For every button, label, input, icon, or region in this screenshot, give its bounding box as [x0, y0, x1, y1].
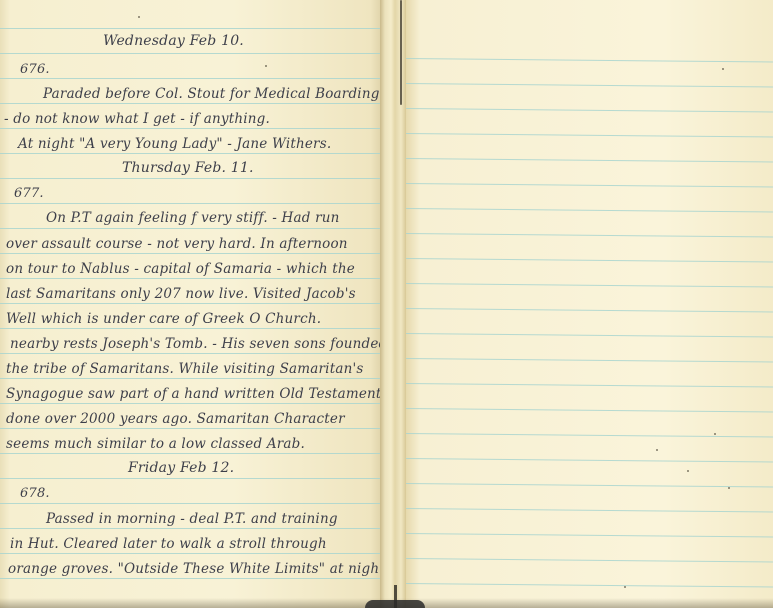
ink-speck: [138, 16, 140, 18]
rule-line: [406, 108, 773, 113]
rule-line: [406, 433, 773, 438]
rule-line: [0, 378, 386, 379]
rule-line: [406, 283, 773, 288]
diary-line: on tour to Nablus - capital of Samaria -…: [6, 261, 355, 277]
entry-date: Wednesday Feb 10.: [103, 33, 244, 49]
rule-line: [0, 528, 386, 529]
rule-line: [0, 228, 386, 229]
rule-line: [406, 233, 773, 238]
rule-line: [406, 258, 773, 263]
rule-line: [0, 253, 386, 254]
rule-line: [406, 583, 773, 588]
entry-number: 678.: [20, 486, 50, 501]
rule-line: [406, 458, 773, 463]
rule-line: [406, 383, 773, 388]
rule-line: [0, 428, 386, 429]
entry-number: 677.: [14, 186, 44, 201]
diary-line: in Hut. Cleared later to walk a stroll t…: [10, 536, 327, 552]
right-page: [406, 0, 773, 608]
ink-speck: [728, 487, 730, 489]
entry-date: Thursday Feb. 11.: [122, 160, 254, 176]
ink-speck: [265, 65, 267, 67]
rule-line: [406, 358, 773, 363]
rule-line: [406, 308, 773, 313]
diary-line: over assault course - not very hard. In …: [6, 236, 348, 252]
rule-line: [406, 208, 773, 213]
spine-crack: [400, 0, 402, 105]
rule-line: [406, 558, 773, 563]
rule-line: [406, 158, 773, 163]
entry-number: 676.: [20, 62, 50, 77]
ink-speck: [687, 470, 689, 472]
rule-line: [0, 553, 386, 554]
rule-line: [0, 203, 386, 204]
rule-line: [0, 178, 386, 179]
rule-line: [0, 103, 386, 104]
diary-line: On P.T again feeling f very stiff. - Had…: [46, 210, 340, 226]
diary-line: seems much similar to a low classed Arab…: [6, 436, 305, 452]
rule-line: [406, 83, 773, 88]
rule-line: [0, 153, 386, 154]
rule-line: [0, 328, 386, 329]
rule-line: [0, 453, 386, 454]
notebook-spread: Wednesday Feb 10. 676. Paraded before Co…: [0, 0, 773, 608]
rule-line: [406, 183, 773, 188]
rule-line: [406, 333, 773, 338]
diary-line: Well which is under care of Greek O Chur…: [6, 311, 321, 327]
diary-line: done over 2000 years ago. Samaritan Char…: [6, 411, 345, 427]
rule-line: [0, 53, 386, 54]
rule-line: [0, 403, 386, 404]
diary-line: the tribe of Samaritans. While visiting …: [6, 361, 364, 377]
rule-line: [0, 278, 386, 279]
rule-line: [0, 128, 386, 129]
ink-speck: [714, 433, 716, 435]
spine-bottom-edge: [365, 600, 425, 608]
rule-line: [406, 508, 773, 513]
rule-line: [406, 133, 773, 138]
rule-line: [406, 58, 773, 63]
rule-line: [0, 303, 386, 304]
rule-line: [0, 578, 386, 579]
left-page: Wednesday Feb 10. 676. Paraded before Co…: [0, 0, 386, 608]
diary-line: Synagogue saw part of a hand written Old…: [6, 386, 382, 402]
rule-line: [0, 78, 386, 79]
rule-line: [0, 478, 386, 479]
diary-line: Paraded before Col. Stout for Medical Bo…: [43, 86, 380, 102]
ink-speck: [656, 449, 658, 451]
rule-line: [406, 483, 773, 488]
rule-line: [406, 533, 773, 538]
ink-speck: [722, 68, 724, 70]
diary-line: Passed in morning - deal P.T. and traini…: [46, 511, 338, 527]
diary-line: last Samaritans only 207 now live. Visit…: [6, 286, 356, 302]
rule-line: [0, 28, 386, 29]
rule-line: [0, 503, 386, 504]
diary-line: - do not know what I get - if anything.: [4, 111, 270, 127]
rule-line: [0, 353, 386, 354]
rule-line: [406, 408, 773, 413]
diary-line: orange groves. "Outside These White Limi…: [8, 561, 386, 577]
ink-speck: [624, 586, 626, 588]
entry-date: Friday Feb 12.: [128, 460, 234, 476]
diary-line: nearby rests Joseph's Tomb. - His seven …: [10, 336, 386, 352]
diary-line: At night "A very Young Lady" - Jane With…: [18, 136, 331, 152]
